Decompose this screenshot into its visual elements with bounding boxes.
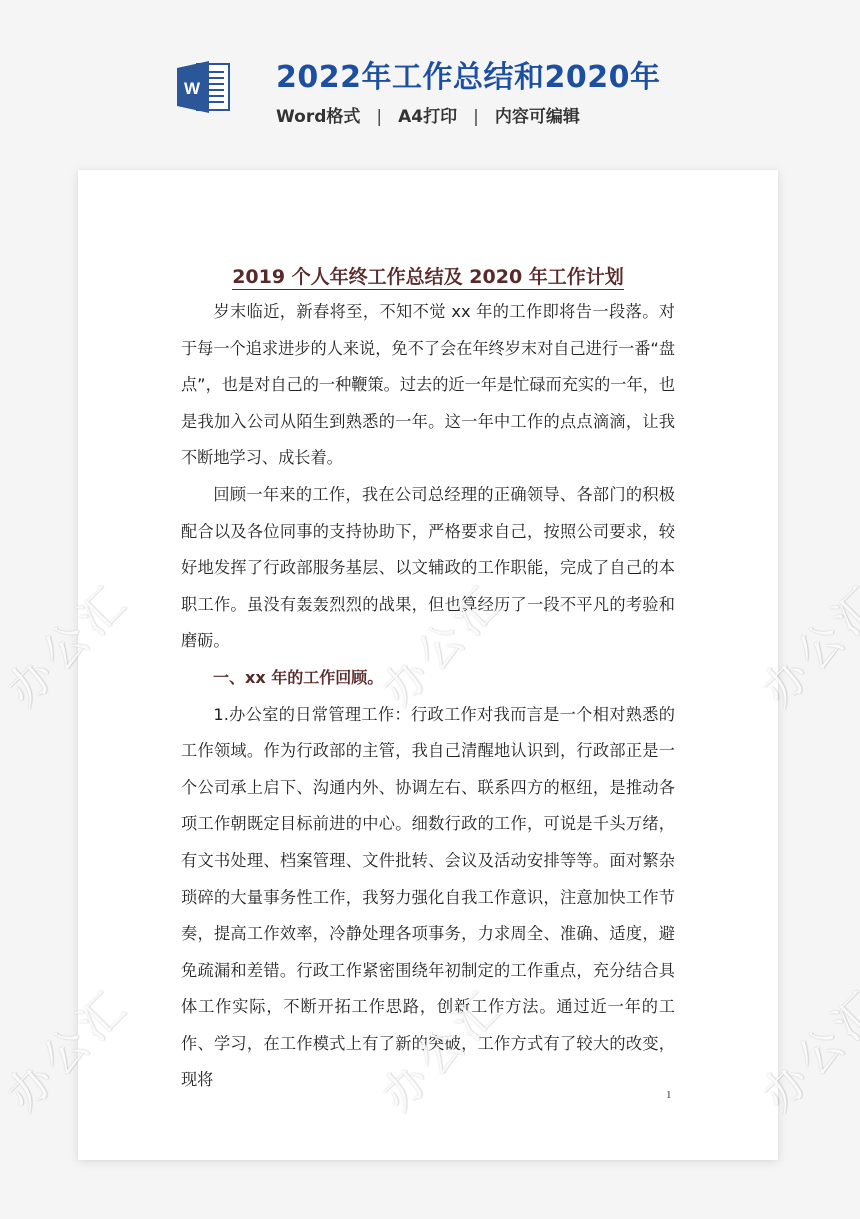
header: W 2022年工作总结和2020年 Word格式|A4打印|内容可编辑 [0, 0, 860, 150]
separator: | [473, 107, 479, 127]
page-number: 1 [666, 1089, 672, 1101]
document-body: 岁末临近，新春将至，不知不觉 xx 年的工作即将告一段落。对于每一个追求进步的人… [181, 294, 675, 1099]
separator: | [376, 107, 382, 127]
header-title: 2022年工作总结和2020年 [276, 52, 661, 96]
word-document-icon: W [175, 60, 231, 114]
paragraph: 回顾一年来的工作，我在公司总经理的正确领导、各部门的积极配合以及各位同事的支持协… [181, 477, 675, 660]
section-heading: 一、xx 年的工作回顾。 [181, 660, 675, 697]
paragraph: 1.办公室的日常管理工作：行政工作对我而言是一个相对熟悉的工作领域。作为行政部的… [181, 697, 675, 1100]
document-title: 2019 个人年终工作总结及 2020 年工作计划 [78, 262, 778, 289]
feature-word-format: Word格式 [276, 107, 360, 127]
feature-a4-print: A4打印 [398, 107, 457, 127]
feature-editable: 内容可编辑 [495, 107, 580, 127]
feature-list: Word格式|A4打印|内容可编辑 [276, 102, 580, 127]
document-page: 2019 个人年终工作总结及 2020 年工作计划 岁末临近，新春将至，不知不觉… [78, 170, 778, 1160]
svg-text:W: W [184, 79, 201, 98]
paragraph: 岁末临近，新春将至，不知不觉 xx 年的工作即将告一段落。对于每一个追求进步的人… [181, 294, 675, 477]
